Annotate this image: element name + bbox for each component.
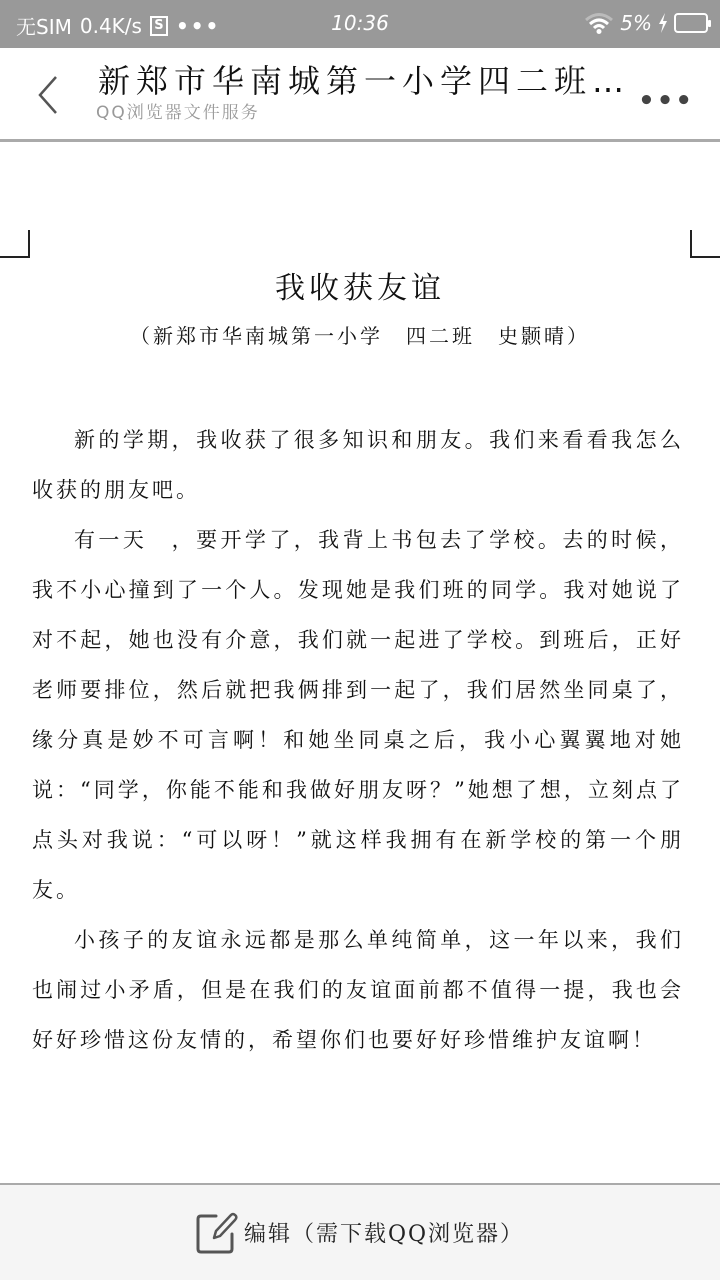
app-header: 新郑市华南城第一小学四二班… QQ浏览器文件服务 ••• [0, 48, 720, 142]
battery-icon [674, 13, 708, 33]
document-title: 我收获友谊 [0, 263, 720, 307]
crop-mark-left [0, 230, 30, 258]
charging-bolt-icon [658, 13, 668, 33]
edit-pencil-icon [196, 1212, 238, 1254]
document-page[interactable]: 我收获友谊 （新郑市华南城第一小学 四二班 史颢晴） 新的学期，我收获了很多知识… [0, 145, 720, 1183]
edit-button[interactable]: 编辑（需下载QQ浏览器） [0, 1183, 720, 1280]
back-arrow-icon[interactable] [30, 73, 66, 117]
wifi-icon [584, 12, 614, 34]
edit-label: 编辑（需下载QQ浏览器） [244, 1217, 524, 1248]
paragraph: 有一天 ，要开学了，我背上书包去了学校。去的时候，我不小心撞到了一个人。发现她是… [32, 515, 684, 915]
document-byline: （新郑市华南城第一小学 四二班 史颢晴） [0, 320, 720, 349]
file-subtitle: QQ浏览器文件服务 [96, 98, 260, 123]
file-title: 新郑市华南城第一小学四二班… [98, 56, 630, 102]
document-body: 新的学期，我收获了很多知识和朋友。我们来看看我怎么收获的朋友吧。 有一天 ，要开… [32, 415, 684, 1065]
more-options-icon[interactable]: ••• [638, 86, 694, 116]
status-bar: 无SIM 0.4K/s S ••• 10:36 5% [0, 0, 720, 48]
battery-percent: 5% [620, 11, 652, 35]
paragraph: 小孩子的友谊永远都是那么单纯简单，这一年以来，我们也闹过小矛盾，但是在我们的友谊… [32, 915, 684, 1065]
status-right: 5% [584, 11, 708, 35]
paragraph: 新的学期，我收获了很多知识和朋友。我们来看看我怎么收获的朋友吧。 [32, 415, 684, 515]
crop-mark-right [690, 230, 720, 258]
